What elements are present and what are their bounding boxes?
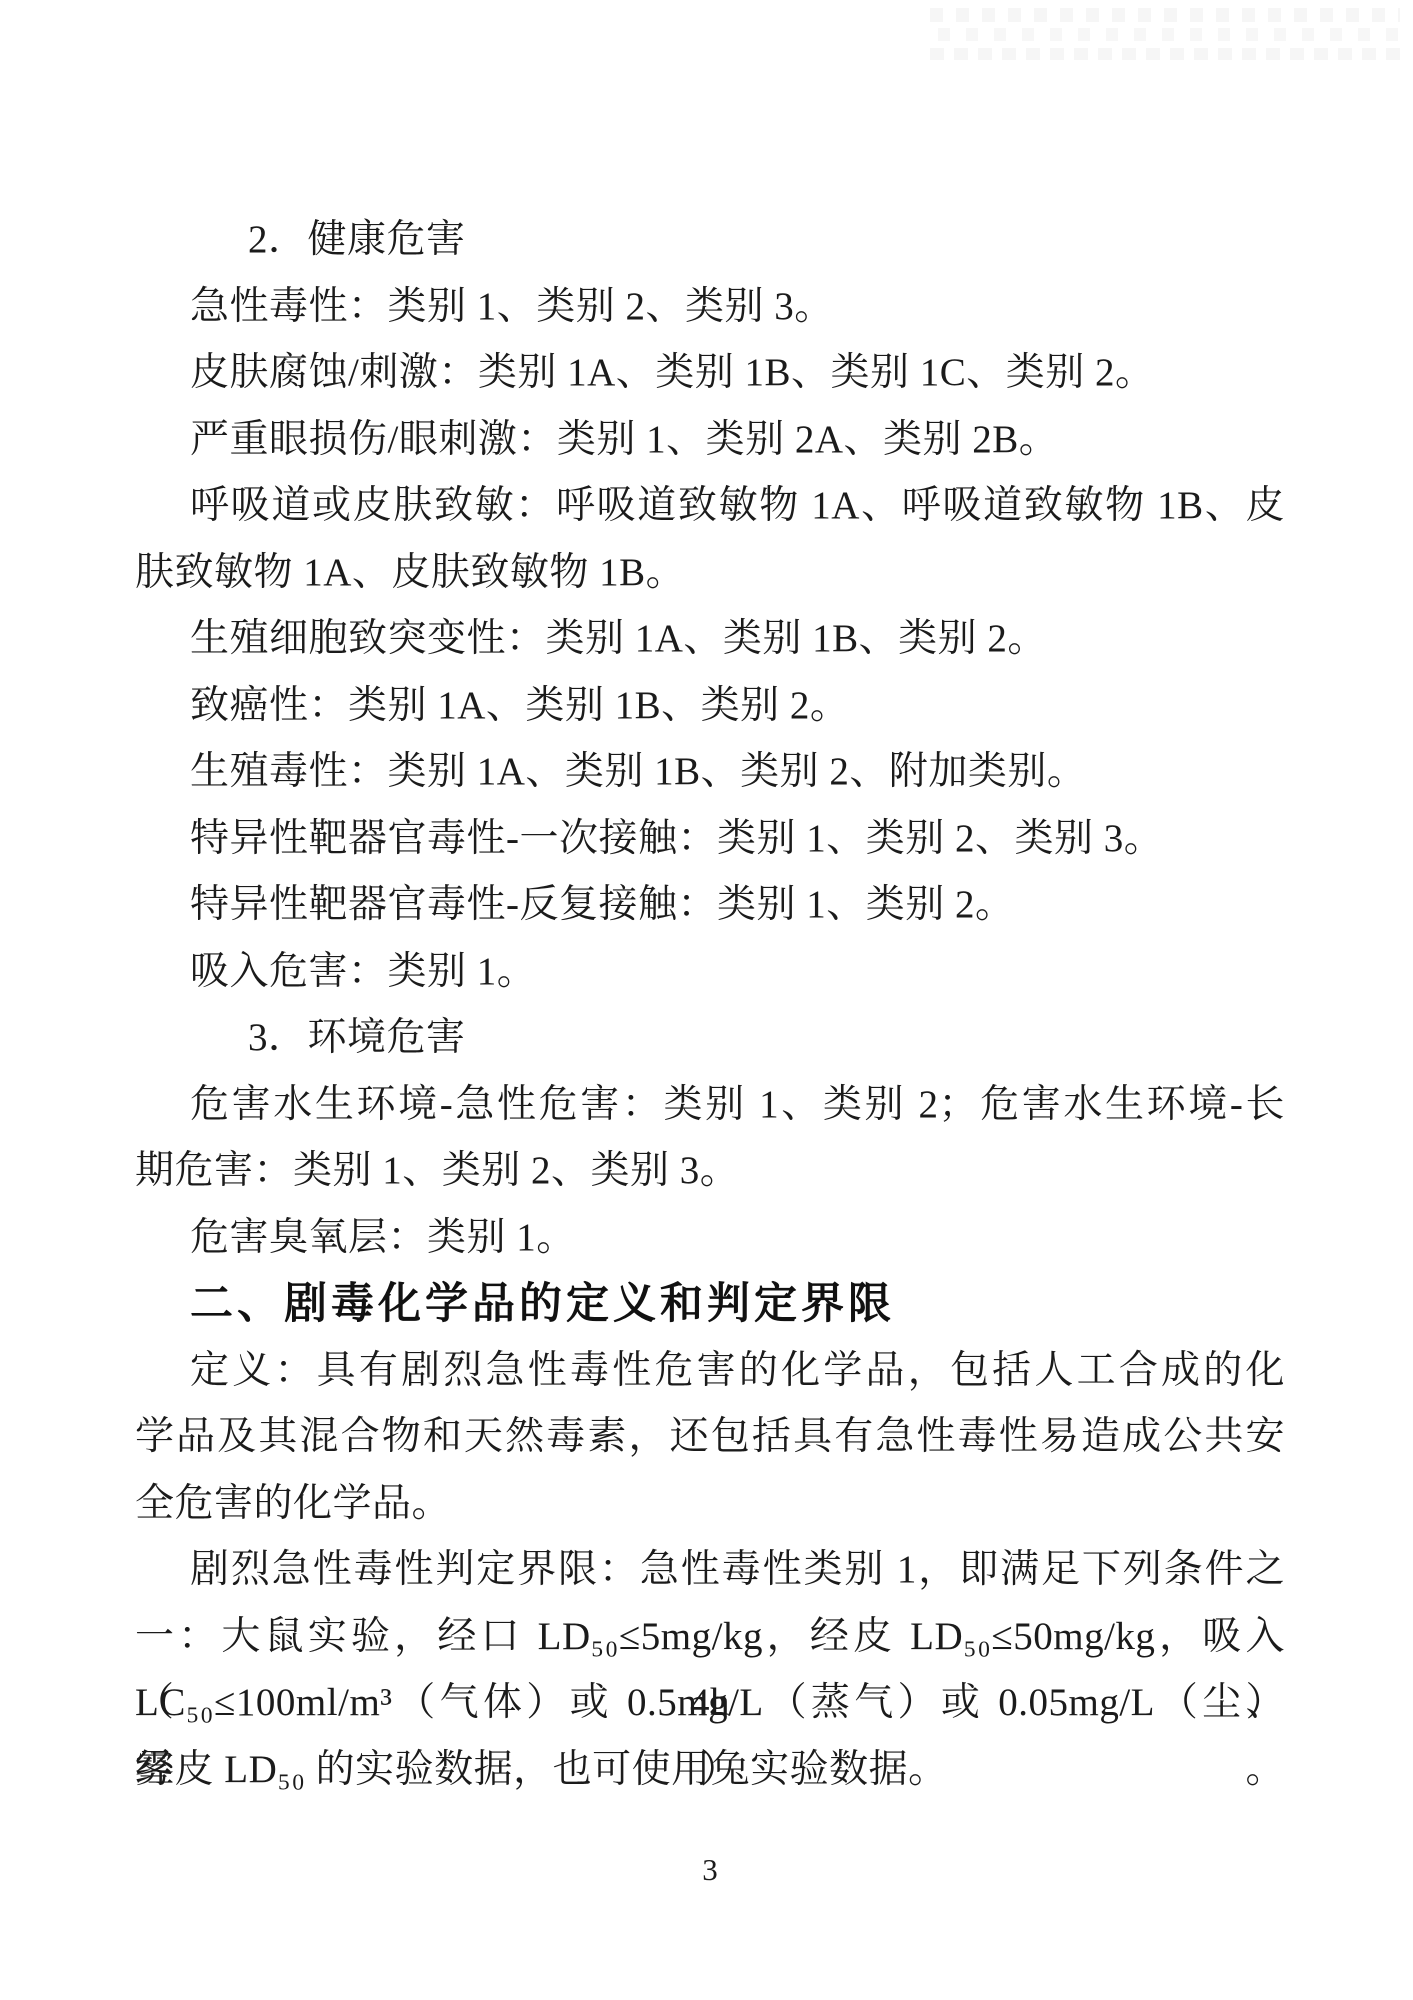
text-line: 全危害的化学品。	[135, 1471, 1285, 1538]
text-line: 特异性靶器官毒性-一次接触：类别 1、类别 2、类别 3。	[135, 806, 1285, 873]
text-line: 学品及其混合物和天然毒素，还包括具有急性毒性易造成公共安	[135, 1404, 1285, 1471]
text-line: 吸入危害：类别 1。	[135, 939, 1285, 1006]
text-line: 剧烈急性毒性判定界限：急性毒性类别 1，即满足下列条件之	[135, 1537, 1285, 1604]
text-line: 肤致敏物 1A、皮肤致敏物 1B。	[135, 540, 1285, 607]
document-body: 2．健康危害急性毒性：类别 1、类别 2、类别 3。皮肤腐蚀/刺激：类别 1A、…	[135, 207, 1285, 1803]
text-line: 一：大鼠实验，经口 LD₅₀≤5mg/kg，经皮 LD₅₀≤50mg/kg，吸入…	[135, 1604, 1285, 1671]
text-line: 危害臭氧层：类别 1。	[135, 1205, 1285, 1272]
text-line: 急性毒性：类别 1、类别 2、类别 3。	[135, 274, 1285, 341]
text-line: 危害水生环境-急性危害：类别 1、类别 2；危害水生环境-长	[135, 1072, 1285, 1139]
faint-watermark	[930, 8, 1400, 62]
text-line: 致癌性：类别 1A、类别 1B、类别 2。	[135, 673, 1285, 740]
text-line: 期危害：类别 1、类别 2、类别 3。	[135, 1138, 1285, 1205]
text-line: 生殖毒性：类别 1A、类别 1B、类别 2、附加类别。	[135, 739, 1285, 806]
text-line: 生殖细胞致突变性：类别 1A、类别 1B、类别 2。	[135, 606, 1285, 673]
text-line: 严重眼损伤/眼刺激：类别 1、类别 2A、类别 2B。	[135, 407, 1285, 474]
heading-line: 3．环境危害	[135, 1005, 1285, 1072]
heading-line: 二、剧毒化学品的定义和判定界限	[135, 1271, 1285, 1338]
document-page: 2．健康危害急性毒性：类别 1、类别 2、类别 3。皮肤腐蚀/刺激：类别 1A、…	[0, 0, 1413, 2000]
page-number: 3	[702, 1852, 718, 1887]
heading-line: 2．健康危害	[135, 207, 1285, 274]
text-line: 呼吸道或皮肤致敏：呼吸道致敏物 1A、呼吸道致敏物 1B、皮	[135, 473, 1285, 540]
text-line: LC₅₀≤100ml/m³（气体）或 0.5mg/L（蒸气）或 0.05mg/L…	[135, 1670, 1285, 1737]
text-line: 定义：具有剧烈急性毒性危害的化学品，包括人工合成的化	[135, 1338, 1285, 1405]
text-line: 皮肤腐蚀/刺激：类别 1A、类别 1B、类别 1C、类别 2。	[135, 340, 1285, 407]
page-footer: 3	[135, 1852, 1285, 1888]
text-line: 特异性靶器官毒性-反复接触：类别 1、类别 2。	[135, 872, 1285, 939]
